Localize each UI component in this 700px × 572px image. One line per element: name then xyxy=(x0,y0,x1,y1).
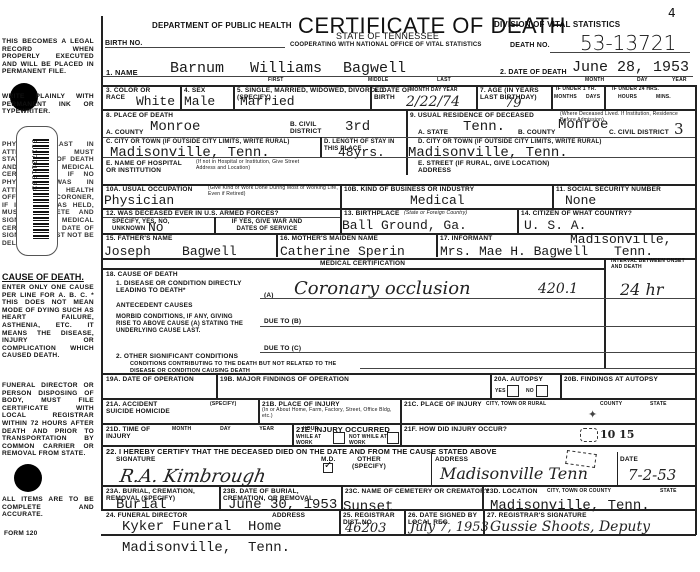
funeral-director-value: Kyker Funeral Home xyxy=(122,520,282,534)
registrar-signature-label: 27. REGISTRAR'S SIGNATURE xyxy=(487,512,587,519)
under1-days: DAYS xyxy=(586,95,600,101)
physician-address-label: ADDRESS xyxy=(435,456,468,463)
cooperating-note: COOPERATING WITH NATIONAL OFFICE OF VITA… xyxy=(290,42,482,49)
mother-label: 16. MOTHER'S MAIDEN NAME xyxy=(280,235,378,242)
occupation-label: 10A. USUAL OCCUPATION xyxy=(106,186,193,193)
cert-date-value: 7-2-53 xyxy=(628,466,676,484)
certify-label: 22. I HEREBY CERTIFY THAT THE DECEASED D… xyxy=(106,448,497,455)
res-county-value: Monroe xyxy=(558,118,608,132)
cause-title: CAUSE OF DEATH. xyxy=(2,272,94,282)
res-district-value: 3 xyxy=(674,120,684,138)
cause-a-interval: 24 hr xyxy=(620,280,663,299)
burial-location-note: CITY, TOWN OR COUNTY xyxy=(547,489,611,495)
pod-district-value: 3rd xyxy=(345,120,370,134)
injury-location-state: STATE xyxy=(650,402,667,408)
stamp-icon xyxy=(580,428,598,442)
informant-label: 17. INFORMANT xyxy=(440,235,492,242)
name-first: Barnum xyxy=(170,62,224,76)
injury-location-city: CITY, TOWN OR RURAL xyxy=(486,402,546,408)
autopsy-findings-label: 20B. FINDINGS AT AUTOPSY xyxy=(564,376,658,383)
sex-label: 4. SEX xyxy=(184,87,205,94)
residence-label: 9. USUAL RESIDENCE OF DECEASED xyxy=(410,112,534,119)
funeral-notice: FUNERAL DIRECTOR OR PERSON DISPOSING OF … xyxy=(2,382,94,458)
other-conditions-label: 2. OTHER SIGNIFICANT CONDITIONS xyxy=(116,353,238,360)
registrar-signature-value: Gussie Shoots, Deputy xyxy=(490,519,650,535)
medical-cert-title: MEDICAL CERTIFICATION xyxy=(320,260,405,267)
not-while-work-checkbox[interactable] xyxy=(387,432,399,444)
pod-district-label: B. CIVIL DISTRICT xyxy=(290,121,340,135)
funeral-director-city: Madisonville, Tenn. xyxy=(122,541,290,555)
autopsy-yes-checkbox[interactable] xyxy=(507,385,519,397)
how-injury-label: 21F. HOW DID INJURY OCCUR? xyxy=(404,426,507,433)
citizen-label: 14. CITIZEN OF WHAT COUNTRY? xyxy=(521,210,632,217)
cause-a-value: Coronary occlusion xyxy=(294,278,471,299)
pod-county-label: A. COUNTY xyxy=(106,129,144,136)
pod-hospital-label: E. NAME OF HOSPITAL OR INSTITUTION xyxy=(106,160,186,174)
burial-location-value: Madisonville, Tenn. xyxy=(490,499,650,513)
cause-c-label: DUE TO (C) xyxy=(264,345,301,352)
res-county-label: B. COUNTY xyxy=(518,129,556,136)
res-street-label: E. STREET (IF RURAL, GIVE LOCATION) ADDR… xyxy=(418,160,558,174)
cert-date-label: DATE xyxy=(620,456,638,463)
autopsy-no-checkbox[interactable] xyxy=(536,385,548,397)
under24-hours: HOURS xyxy=(618,95,637,101)
color-value: White xyxy=(136,95,175,109)
industry-value: Medical xyxy=(410,194,465,208)
pod-county-value: Monroe xyxy=(150,120,200,134)
accident-label: 21A. ACCIDENT SUICIDE HOMICIDE xyxy=(106,401,176,415)
stamp-note: 10 15 xyxy=(600,428,634,441)
accident-specify: (SPECIFY) xyxy=(210,402,237,408)
under1-months: MONTHS xyxy=(554,95,577,101)
funeral-director-label: 24. FUNERAL DIRECTOR xyxy=(106,512,187,519)
cause-a-code: 420.1 xyxy=(538,281,578,297)
punch-hole xyxy=(14,464,42,492)
birth-date-value: 2/22/74 xyxy=(406,94,460,110)
corner-mark: 4 xyxy=(668,6,676,20)
war-service-label: IF YES, GIVE WAR AND DATES OF SERVICE xyxy=(222,219,312,233)
under24-label: IF UNDER 24 HRS. xyxy=(612,87,659,93)
name-last: Bagwell xyxy=(343,62,406,76)
date-signed-value: July 7, 1953 xyxy=(410,520,489,535)
injury-location-label: 21C. PLACE OF INJURY xyxy=(404,401,482,408)
barcode-sticker: 0137211953 xyxy=(16,126,58,256)
industry-label: 10B. KIND OF BUSINESS OR INDUSTRY xyxy=(344,186,474,193)
cause-label: 18. CAUSE OF DEATH xyxy=(106,271,178,278)
citizen-value: U. S. A. xyxy=(524,219,586,233)
write-notice: WRITE PLAINLY WITH PERMANENT INK OR TYPE… xyxy=(2,93,94,116)
physician-address-value: Madisonville Tenn xyxy=(440,464,588,483)
name-middle: Williams xyxy=(250,62,322,76)
signature-label: SIGNATURE xyxy=(116,456,156,463)
injury-place-note: (In or About Home, Farm, Factory, Street… xyxy=(262,408,392,419)
birthplace-value: Ball Ground, Ga. xyxy=(342,219,467,233)
birth-date-sub: MONTH DAY YEAR xyxy=(410,88,458,94)
other-specify-label: OTHER (SPECIFY) xyxy=(349,456,389,470)
sex-value: Male xyxy=(184,95,215,109)
under24-mins: MINS. xyxy=(656,95,671,101)
name-last-sub: LAST xyxy=(437,78,451,84)
death-date-day: DAY xyxy=(637,78,648,84)
complete-notice: ALL ITEMS ARE TO BE COMPLETE AND ACCURAT… xyxy=(2,496,94,519)
armed-forces-label: 12. WAS DECEASED EVER IN U.S. ARMED FORC… xyxy=(106,210,279,217)
res-state-value: Tenn. xyxy=(463,120,505,134)
legal-notice: THIS BECOMES A LEGAL RECORD WHEN PROPERL… xyxy=(2,38,94,76)
occupation-value: Physician xyxy=(104,194,174,208)
birth-no-label: BIRTH NO. xyxy=(105,40,143,47)
form-number: FORM 120 xyxy=(4,530,37,537)
stamp-mark: ✦ xyxy=(588,408,597,421)
interval-label: INTERVAL BETWEEN ONSET AND DEATH xyxy=(611,259,691,270)
state-name: STATE OF TENNESSEE xyxy=(336,33,439,40)
while-work-checkbox[interactable] xyxy=(333,432,345,444)
death-date-year: YEAR xyxy=(672,78,687,84)
mother-value: Catherine Sperin xyxy=(280,245,405,259)
death-date-value: June 28, 1953 xyxy=(572,61,689,75)
pod-hospital-note: (If not in Hospital or Institution, Give… xyxy=(196,160,316,171)
injury-time-label: 21D. TIME OF INJURY xyxy=(106,426,156,440)
father-label: 15. FATHER'S NAME xyxy=(106,235,173,242)
father-value: Joseph Bagwell xyxy=(104,245,237,259)
md-check-mark: ✓ xyxy=(324,460,332,471)
informant-value: Mrs. Mae H. Bagwell xyxy=(440,245,588,259)
funeral-address-label: ADDRESS xyxy=(272,512,305,519)
res-district-label: C. CIVIL DISTRICT xyxy=(609,129,669,136)
autopsy-label: 20A. AUTOPSY xyxy=(494,376,543,383)
antecedent-label: ANTECEDENT CAUSES xyxy=(116,302,193,309)
birthplace-note: (State or Foreign Country) xyxy=(404,211,467,217)
death-date-month: MONTH xyxy=(585,78,604,84)
burial-location-state: STATE xyxy=(660,489,677,495)
autopsy-no-label: NO xyxy=(526,389,534,395)
ssn-label: 11. SOCIAL SECURITY NUMBER xyxy=(556,186,661,193)
operation-date-label: 19A. DATE OF OPERATION xyxy=(106,376,194,383)
place-of-death-label: 8. PLACE OF DEATH xyxy=(106,112,173,119)
res-state-label: A. STATE xyxy=(418,129,448,136)
barcode-number: 0137211953 xyxy=(29,139,37,239)
name-first-sub: FIRST xyxy=(268,78,283,84)
death-no-label: DEATH NO. xyxy=(510,42,550,49)
burial-location-label: 23D. LOCATION xyxy=(486,488,538,495)
birthplace-label: 13. BIRTHPLACE xyxy=(344,210,400,217)
injury-location-county: COUNTY xyxy=(600,402,622,408)
division-name: DIVISION OF VITAL STATISTICS xyxy=(494,21,620,28)
physician-signature: R.A. Kimbrough xyxy=(118,466,267,487)
name-label: 1. NAME xyxy=(106,69,138,76)
under1-label: IF UNDER 1 YR. xyxy=(556,87,596,93)
cause-b-label: DUE TO (B) xyxy=(264,318,301,325)
name-middle-sub: MIDDLE xyxy=(368,78,388,84)
morbid-label: MORBID CONDITIONS, IF ANY, GIVING RISE T… xyxy=(116,314,248,335)
direct-cause-label: 1. DISEASE OR CONDITION DIRECTLY LEADING… xyxy=(116,280,244,294)
informant-address-2: Tenn. xyxy=(614,245,653,259)
death-date-label: 2. DATE OF DEATH xyxy=(500,69,567,76)
marital-value: Married xyxy=(240,95,295,109)
occupation-note: (Give Kind of Work Done During Most of W… xyxy=(208,186,338,197)
operation-findings-label: 19B. MAJOR FINDINGS OF OPERATION xyxy=(220,376,349,383)
cause-notice: ENTER ONLY ONE CAUSE PER LINE FOR A. B. … xyxy=(2,284,94,360)
cemetery-label: 23C. NAME OF Cemetery or Crematory xyxy=(345,488,489,495)
ssn-value: None xyxy=(565,194,596,208)
autopsy-yes-label: YES xyxy=(495,389,506,395)
department-name: DEPARTMENT OF PUBLIC HEALTH xyxy=(152,22,292,29)
